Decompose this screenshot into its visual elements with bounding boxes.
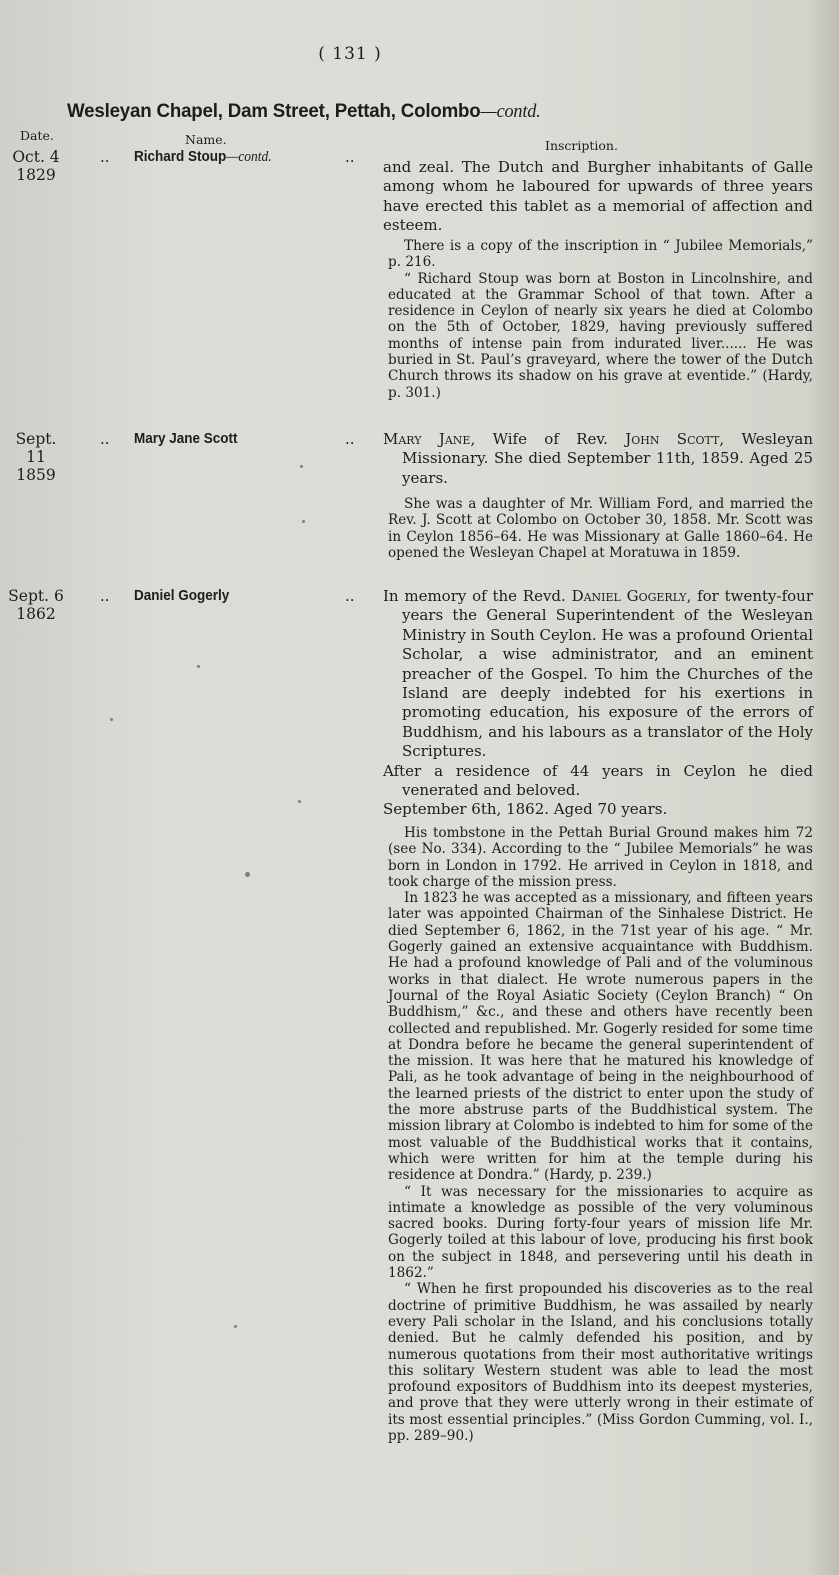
leader-dots: ..	[100, 587, 110, 605]
paper-speck	[234, 1325, 237, 1328]
entry-date: Sept. 11 1859	[6, 430, 66, 484]
section-title: Wesleyan Chapel, Dam Street, Pettah, Col…	[67, 100, 541, 123]
entry-date: Sept. 6 1862	[6, 587, 66, 623]
entry-date: Oct. 4 1829	[6, 148, 66, 184]
entry-name: Richard Stoup—contd.	[134, 148, 272, 166]
inscription-text: and zeal. The Dutch and Burgher inhabita…	[383, 158, 813, 236]
paper-speck	[300, 465, 303, 468]
entry-name: Mary Jane Scott	[134, 430, 238, 447]
section-title-contd: —contd.	[481, 101, 541, 122]
paper-speck	[197, 665, 200, 668]
commentary-notes: His tombstone in the Pettah Burial Groun…	[388, 825, 813, 1444]
page-number: ( 131 )	[0, 44, 700, 64]
paper-speck	[302, 520, 305, 523]
column-header-name: Name.	[185, 132, 227, 147]
commentary-notes: She was a daughter of Mr. William Ford, …	[388, 496, 813, 561]
column-header-date: Date.	[20, 128, 54, 143]
leader-dots: ..	[100, 430, 110, 448]
commentary-notes: There is a copy of the inscription in “ …	[388, 238, 813, 401]
leader-dots: ..	[100, 148, 110, 166]
paper-speck	[245, 872, 250, 877]
leader-dots: ..	[345, 430, 355, 448]
leader-dots: ..	[345, 587, 355, 605]
column-header-inscription: Inscription.	[545, 138, 618, 153]
paper-speck	[110, 718, 113, 721]
paper-speck	[298, 800, 301, 803]
inscription-text: In memory of the Revd. Daniel Gogerly, f…	[383, 587, 813, 820]
entry-name: Daniel Gogerly	[134, 587, 229, 604]
leader-dots: ..	[345, 148, 355, 166]
inscription-text: Mary Jane, Wife of Rev. John Scott, Wesl…	[383, 430, 813, 488]
section-title-text: Wesleyan Chapel, Dam Street, Pettah, Col…	[67, 100, 481, 122]
